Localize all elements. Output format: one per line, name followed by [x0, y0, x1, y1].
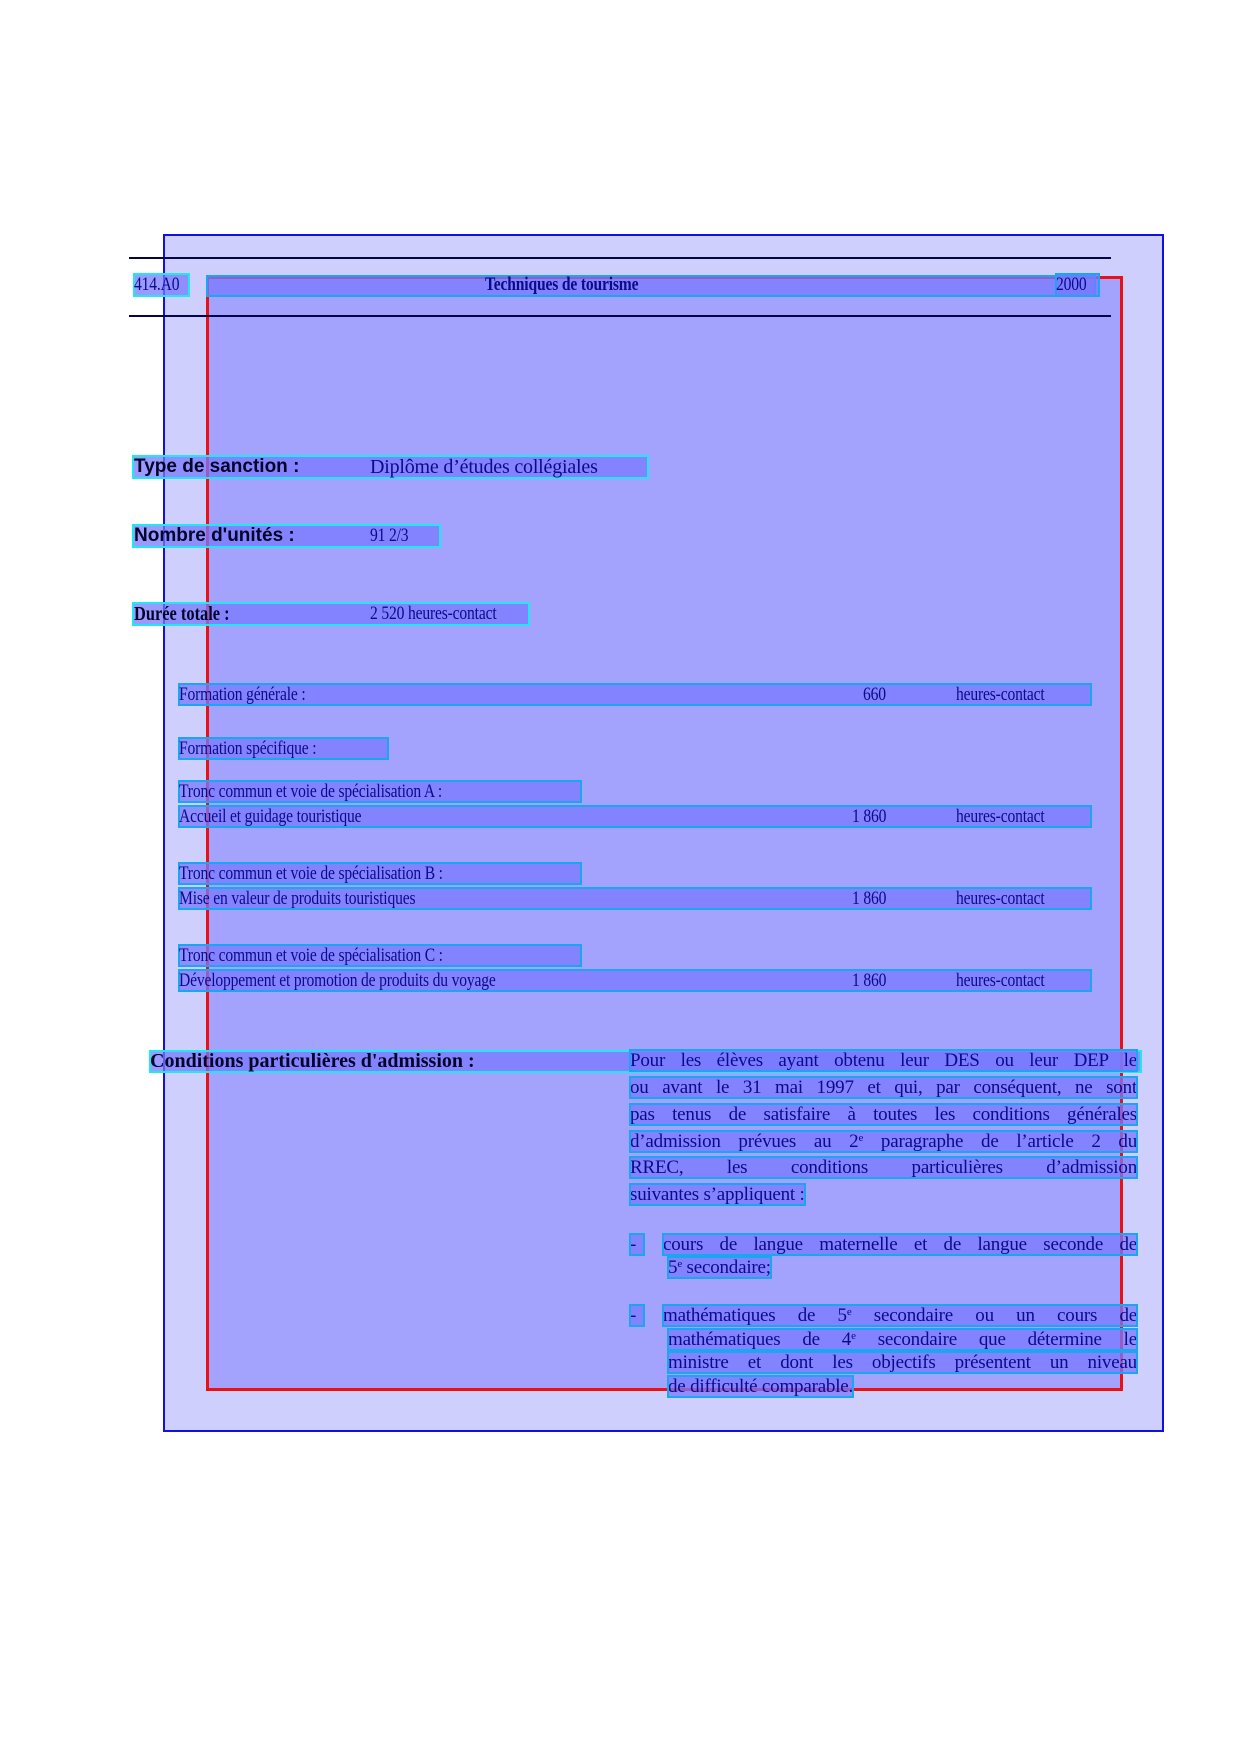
admission-bullet-line: cours de langue maternelle et de langue … [663, 1234, 1137, 1255]
units-value: 91 2/3 [370, 525, 417, 547]
content-region-outline [206, 276, 1123, 1391]
program-code-text: 414.A0 [134, 274, 179, 296]
admission-label: Conditions particulières d'admission : [150, 1050, 475, 1072]
formation-specifique-label: Formation spécifique : [179, 738, 388, 759]
admission-paragraph-line: Pour les élèves ayant obtenu leur DES ou… [630, 1050, 1137, 1071]
admission-paragraph-line: ou avant le 31 mai 1997 et qui, par cons… [630, 1077, 1137, 1098]
units-label: Nombre d'unités : [134, 525, 295, 547]
document-year: 2000 [1056, 274, 1099, 296]
admission-paragraph-line: suivantes s’appliquent : [630, 1184, 805, 1205]
admission-bullet-line: mathématiques de 4e secondaire que déter… [668, 1329, 1137, 1350]
track-hours: 1 860 [852, 888, 894, 910]
formation-generale-hours: 660 [863, 684, 891, 706]
formation-generale-unit: heures-contact [956, 684, 1064, 706]
track-hours: 1 860 [852, 970, 894, 992]
admission-paragraph-line: pas tenus de satisfaire à toutes les con… [630, 1104, 1137, 1125]
admission-bullet-line: de difficulté comparable. [668, 1376, 853, 1397]
admission-paragraph-line: d’admission prévues au 2e paragraphe de … [630, 1131, 1137, 1152]
admission-bullet-line: mathématiques de 5e secondaire ou un cou… [663, 1305, 1137, 1326]
sanction-label: Type de sanction : [134, 456, 299, 478]
formation-generale-label: Formation générale : [179, 684, 333, 706]
header-top-rule [129, 257, 1111, 259]
track-name: Développement et promotion de produits d… [179, 970, 565, 992]
bullet-dash: - [630, 1305, 644, 1326]
admission-paragraph-line: RREC, les conditions particulières d’adm… [630, 1157, 1137, 1178]
admission-bullet-line: 5e secondaire; [668, 1257, 771, 1278]
duration-value: 2 520 heures-contact [370, 603, 524, 625]
track-name: Mise en valeur de produits touristiques [179, 888, 467, 910]
program-code: 414.A0 [134, 274, 189, 296]
program-title: Techniques de tourisme [485, 274, 672, 296]
header-bottom-rule [129, 315, 1111, 317]
track-unit: heures-contact [956, 970, 1064, 992]
track-heading: Tronc commun et voie de spécialisation C… [179, 945, 581, 966]
bullet-dash: - [630, 1234, 644, 1255]
track-heading: Tronc commun et voie de spécialisation A… [179, 781, 581, 802]
track-hours: 1 860 [852, 806, 894, 828]
track-unit: heures-contact [956, 888, 1064, 910]
track-heading: Tronc commun et voie de spécialisation B… [179, 863, 581, 884]
duration-label: Durée totale : [134, 603, 251, 625]
admission-bullet-line: ministre et dont les objectifs présenten… [668, 1352, 1137, 1373]
track-unit: heures-contact [956, 806, 1064, 828]
track-name: Accueil et guidage touristique [179, 806, 401, 828]
sanction-value: Diplôme d’études collégiales [370, 456, 598, 478]
